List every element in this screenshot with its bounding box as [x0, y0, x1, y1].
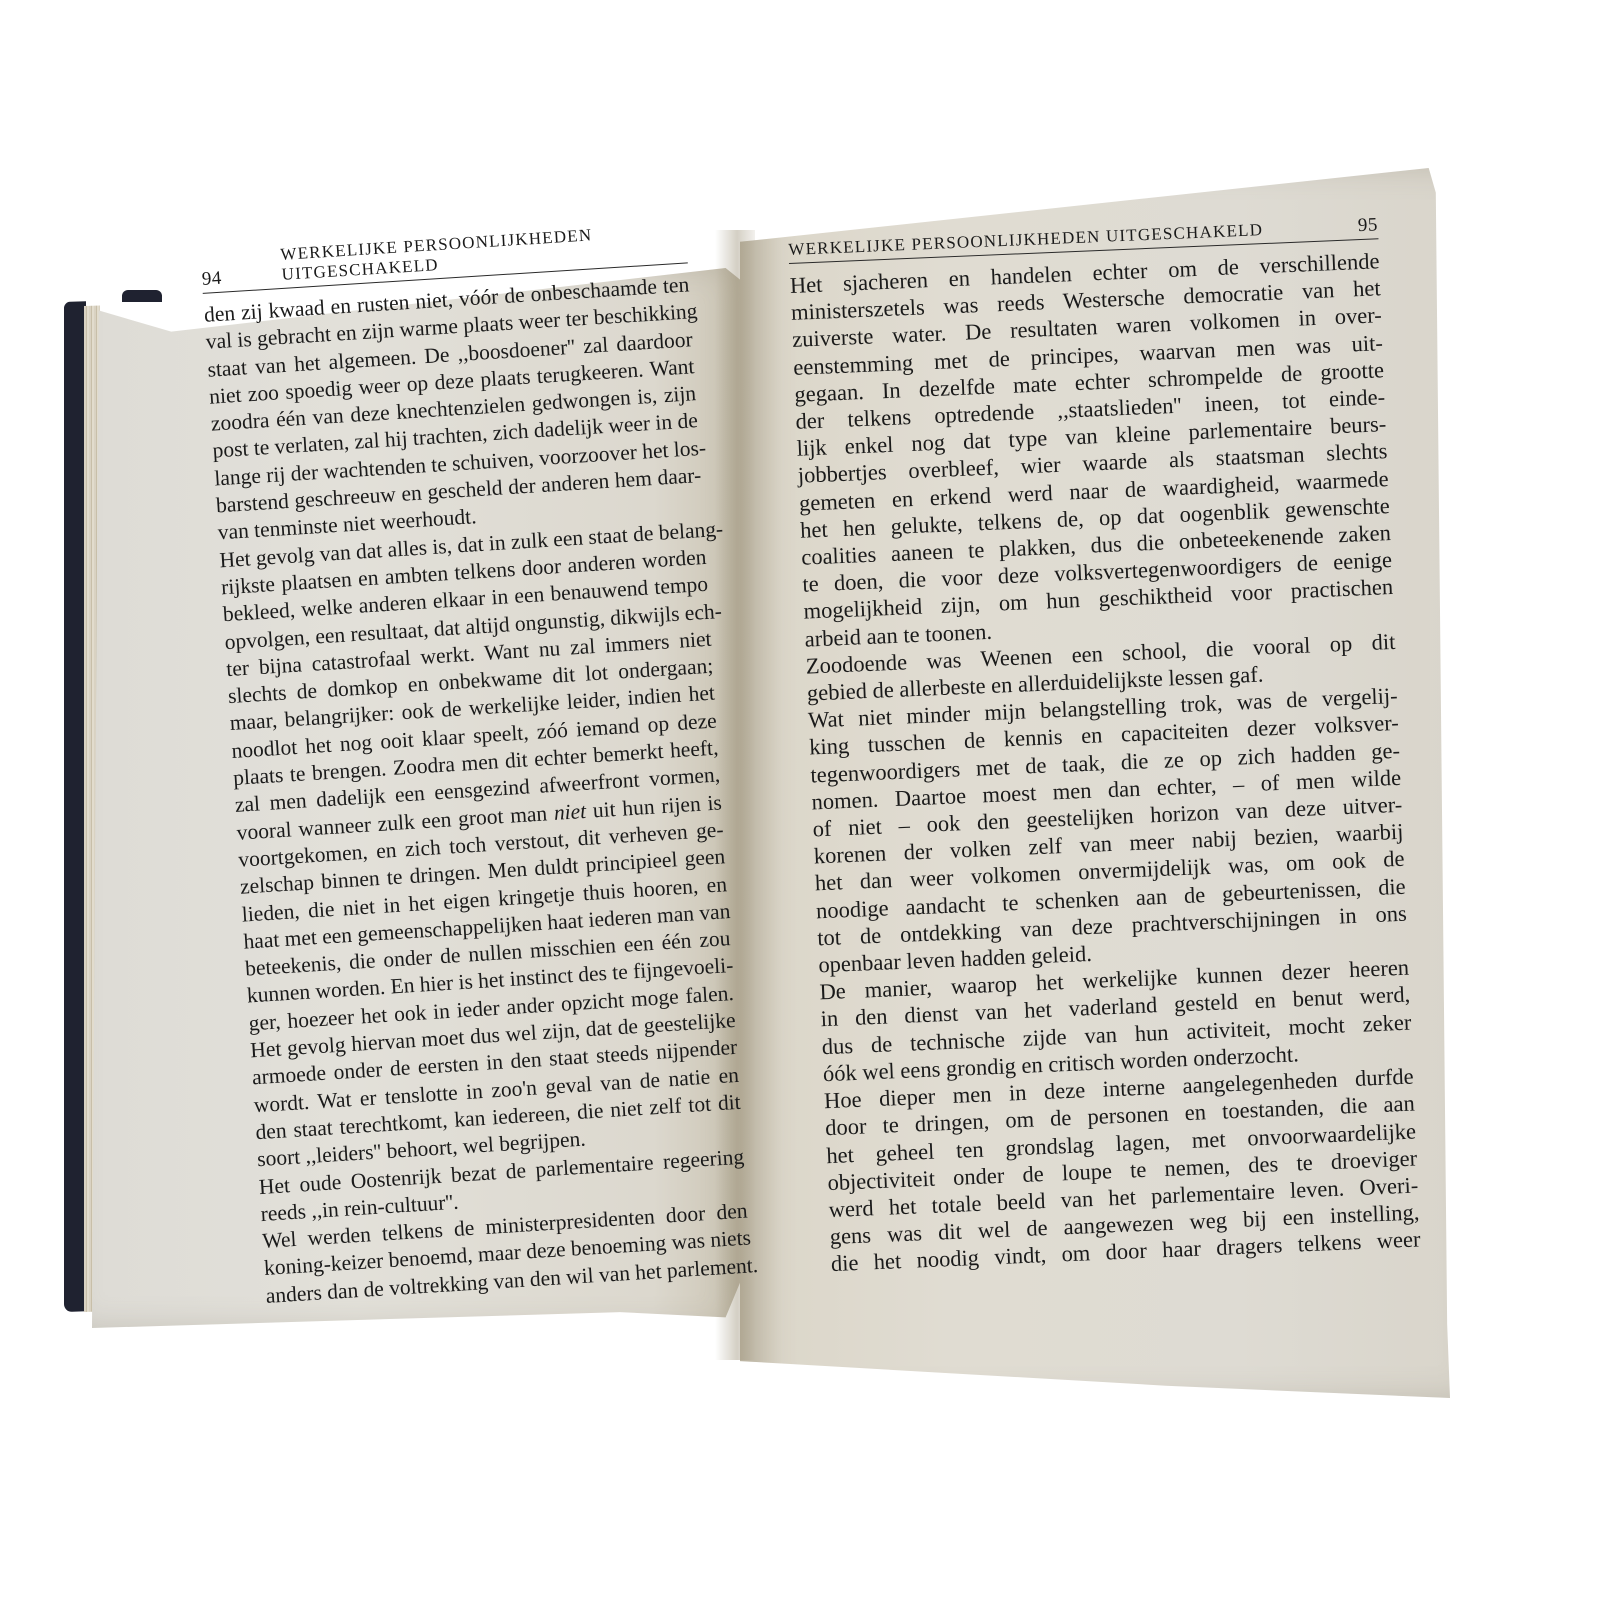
- page-number-left: 94: [201, 269, 222, 290]
- page-number-right: 95: [1358, 215, 1379, 236]
- left-page-body: den zij kwaad en rusten niet, vóór de on…: [203, 271, 751, 1310]
- right-page-body: Het sjacheren en handelen echter om de v…: [789, 247, 1421, 1277]
- left-page-text: 94 WERKELIJKE PERSOONLIJKHEDEN UITGESCHA…: [200, 219, 752, 1309]
- right-page-text: WERKELIJKE PERSOONLIJKHEDEN UITGESCHAKEL…: [788, 215, 1421, 1277]
- book-cover-edge: [64, 301, 86, 1312]
- italic-emphasis: niet: [553, 799, 587, 825]
- book-cover-corner: [122, 290, 162, 302]
- book-photo: 94 WERKELIJKE PERSOONLIJKHEDEN UITGESCHA…: [0, 0, 1600, 1600]
